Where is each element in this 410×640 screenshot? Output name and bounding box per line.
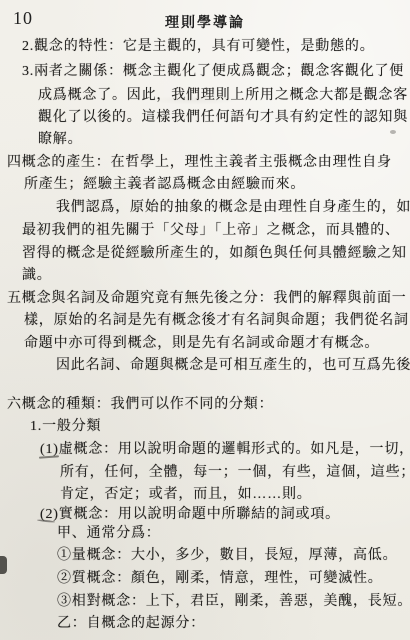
book-page: 10 理則學導論 2.觀念的特性：它是主觀的，具有可變性，是動態的。 3.兩者之… <box>0 0 410 640</box>
text-line: ②質概念：顏色，剛柔，情意，理性，可變滅性。 <box>57 570 383 587</box>
text-line: 我們認爲，原始的抽象的概念是由理性自身產生的，如 <box>56 199 410 216</box>
text-line: 瞭解。 <box>38 131 82 148</box>
text-line: (2)實概念：用以說明命題中所聯結的詞或項。 <box>40 506 340 523</box>
text-line: 觀化了以後的。這樣我們任何語句才具有約定性的認知與 <box>38 109 408 126</box>
text-line: 所有，任何，全體，每一；一個，有些，這個，這些； <box>60 464 410 481</box>
text-line: 1.一般分類 <box>30 418 101 435</box>
text-line: 五概念與名詞及命題究竟有無先後之分：我們的解釋與前面一 <box>7 290 407 307</box>
text-line: 四概念的產生：在哲學上，理性主義者主張概念由理性自身 <box>7 154 392 171</box>
text-line: 成爲概念了。因此，我們理則上所用之概念大都是觀念客 <box>38 87 408 104</box>
text-line: 乙：自概念的起源分： <box>57 615 205 632</box>
text-line: 3.兩者之關係：概念主觀化了便成爲觀念；觀念客觀化了便 <box>22 63 404 80</box>
text-line: 甲、通常分爲： <box>57 525 161 542</box>
page-header-title: 理則學導論 <box>0 12 410 32</box>
text-line: ③相對概念：上下，君臣，剛柔，善惡，美醜，長短。 <box>57 593 410 610</box>
text-line: 樣，原始的名詞是先有概念後才有名詞與命題；我們從名詞 <box>24 312 409 329</box>
text-line: ①量概念：大小，多少，數目，長短，厚薄，高低。 <box>57 547 397 564</box>
print-artifact-smudge <box>390 130 396 134</box>
text-line: 命題中亦可得到概念，則是先有名詞或命題才有概念。 <box>24 335 379 352</box>
text-line: 識。 <box>22 267 52 284</box>
text-line: 因此名詞、命題與概念是可相互產生的，也可互爲先後 <box>56 357 410 374</box>
print-artifact-edge-mark <box>0 556 7 574</box>
text-line: 六概念的種類：我們可以作不同的分類： <box>7 396 273 413</box>
text-line: 2.觀念的特性：它是主觀的，具有可變性，是動態的。 <box>22 38 375 55</box>
text-line: 習得的概念是從經驗所產生的，如顏色與任何具體經驗之知 <box>22 245 407 262</box>
text-line: 所產生；經驗主義者認爲概念由經驗而來。 <box>24 176 305 193</box>
text-line: 肯定，否定；或者，而且，如……則。 <box>60 486 312 503</box>
text-line: 最初我們的祖先關于「父母」「上帝」之概念，而具體的、 <box>22 222 400 239</box>
text-line: (1)虛概念：用以說明命題的邏輯形式的。如凡是，一切， <box>40 441 410 458</box>
